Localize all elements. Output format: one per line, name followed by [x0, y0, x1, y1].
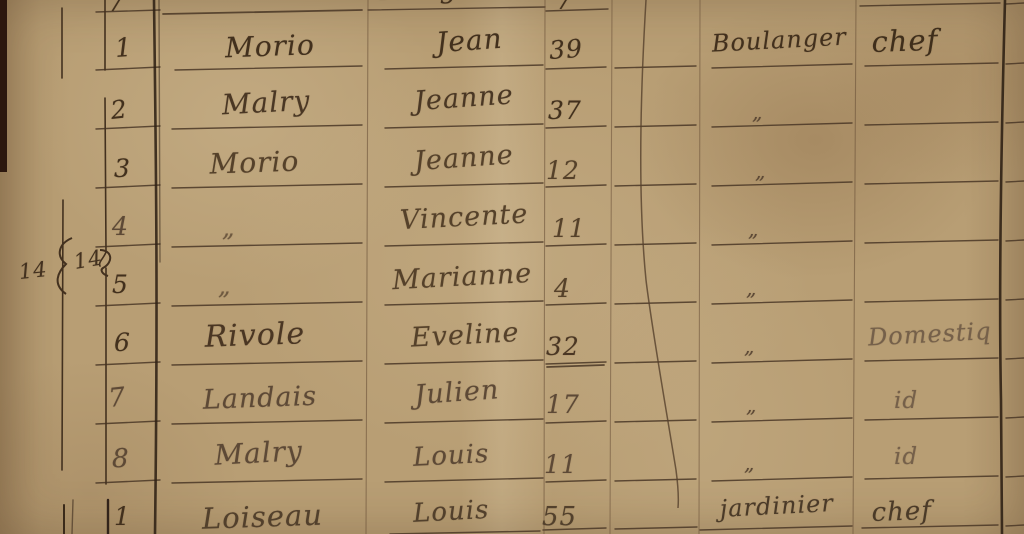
row-3-number: 3 — [114, 156, 131, 181]
row-7-position: id — [894, 390, 918, 413]
stray-pen-stroke — [641, 0, 679, 508]
row-9-number: 1 — [114, 504, 131, 529]
row-4-occupation-ditto: „ — [748, 219, 759, 239]
row-3-age: 12 — [546, 158, 580, 183]
row-9-surname: Loiseau — [167, 499, 358, 534]
margin-brace — [58, 238, 72, 294]
row-0-number: 7 — [108, 0, 126, 16]
row-5-age: 4 — [554, 276, 571, 301]
row-2-age: 37 — [548, 98, 582, 123]
row-8-number: 8 — [112, 446, 130, 472]
row-2-occupation-ditto: „ — [752, 102, 763, 122]
paper-left-edge-shadow — [0, 0, 7, 172]
row-4-number: 4 — [112, 214, 129, 239]
row-6-position: Domestiq — [857, 318, 1003, 350]
row-6-occupation-ditto: „ — [744, 336, 755, 356]
row-1-occupation: Boulanger — [705, 24, 854, 56]
row-9-position: chef — [871, 498, 932, 526]
row-7-number: 7 — [107, 384, 127, 412]
census-register-page: 14 14 7 Marguerite 7 1 Morio Jean 39 Bou… — [0, 0, 1024, 534]
row-3-surname: Morio — [169, 146, 340, 180]
margin-count-left: 14 — [18, 259, 49, 283]
row-1-number: 1 — [114, 35, 133, 62]
row-7-occupation-ditto: „ — [746, 395, 757, 415]
row-8-position: id — [894, 446, 918, 469]
row-3-occupation-ditto: „ — [755, 161, 766, 181]
row-6-number: 6 — [114, 330, 131, 355]
margin-count-right: 14 — [72, 247, 104, 273]
row-7-age: 17 — [546, 392, 580, 417]
row-0-age: 7 — [556, 0, 574, 14]
row-8-age: 11 — [544, 452, 578, 477]
row-4-first-name: Vincente — [384, 200, 545, 235]
row-9-age: 55 — [542, 504, 577, 530]
row-1-age: 39 — [548, 36, 583, 63]
row-6-surname: Rivole — [167, 318, 343, 354]
row-5-number: 5 — [112, 272, 129, 297]
row-5-occupation-ditto: „ — [746, 278, 757, 298]
row-4-age: 11 — [552, 216, 586, 241]
row-4-surname-ditto: „ — [222, 216, 235, 240]
row-1-position: chef — [871, 26, 939, 57]
row-5-surname-ditto: „ — [218, 274, 231, 298]
row-6-age: 32 — [546, 334, 580, 359]
row-2-number: 2 — [109, 96, 128, 123]
row-8-occupation-ditto: „ — [744, 453, 755, 473]
